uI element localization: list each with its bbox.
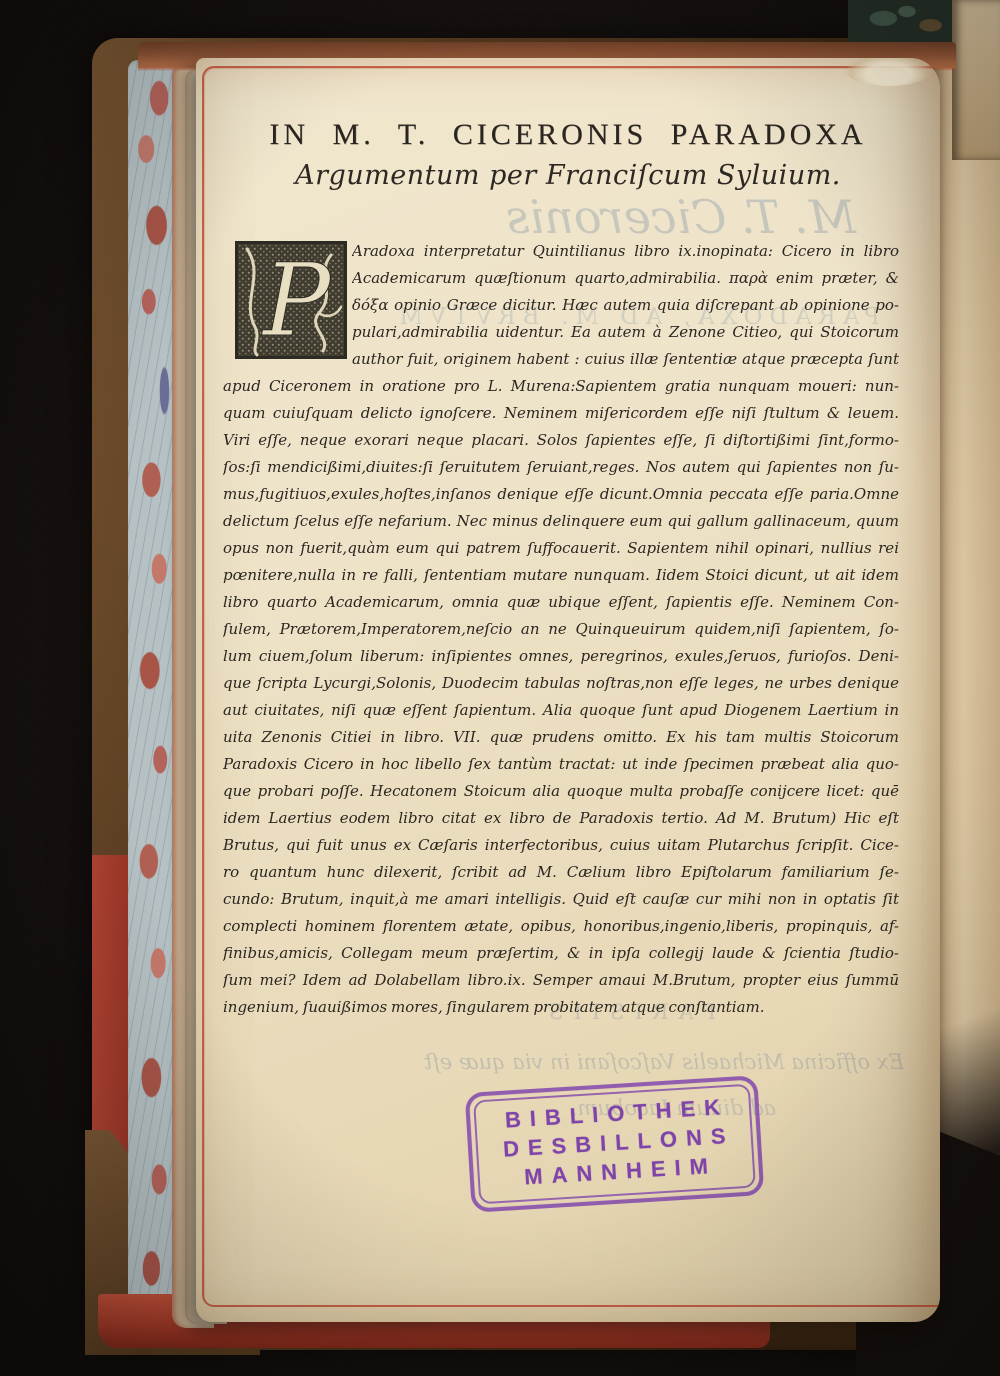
body-line: ſum mei? Idem ad Dolabellam libro.ix. Se… xyxy=(223,967,899,994)
page-subtitle: Argumentum per Franciſcum Syluium. xyxy=(196,160,940,191)
body-text: P Aradoxa interpretatur Quintilianus lib… xyxy=(223,238,899,1021)
drop-cap-p-icon: P xyxy=(235,241,347,359)
bleed-through-imprint-line: Ex officina Michaelis Vaſcoſani in via q… xyxy=(464,1050,904,1074)
library-stamp: BIBLIOTHEK DESBILLONS MANNHEIM xyxy=(465,1075,765,1213)
body-line: opus non fuerit,quàm eum qui patrem ſuff… xyxy=(223,535,899,562)
body-line: ſos:ſi mendicißimi,diuites:ſi ſeruitutem… xyxy=(223,454,899,481)
binding-board-right xyxy=(952,0,1000,160)
body-line: Viri eſſe, neque exorari neque placari. … xyxy=(223,427,899,454)
body-line: finibus,amicis, Collegam meum præſertim,… xyxy=(223,940,899,967)
body-line: author fuit, originem habent : cuius ill… xyxy=(352,346,899,373)
body-line: ro quantum hunc dilexerit, ſcribit ad M.… xyxy=(223,859,899,886)
body-line: Aradoxa interpretatur Quintilianus libro… xyxy=(352,238,899,265)
body-line: δόξα opinio Græce dicitur. Hæc autem qui… xyxy=(352,292,899,319)
body-line: apud Ciceronem in oratione pro L. Murena… xyxy=(223,373,899,400)
body-line: quam cuiuſquam delicto ignoſcere. Nemine… xyxy=(223,400,899,427)
body-line: pulari,admirabilia uidentur. Ea autem à … xyxy=(352,319,899,346)
body-line: uita Zenonis Citiei in libro. VII. quæ p… xyxy=(223,724,899,751)
woodcut-initial: P xyxy=(223,238,352,371)
body-line: complecti hominem florentem ætate, opibu… xyxy=(223,913,899,940)
body-line: que probari poſſe. Hecatonem Stoicum ali… xyxy=(223,778,899,805)
body-line: ſulem, Prætorem,Imperatorem,neſcio an ne… xyxy=(223,616,899,643)
body-line: cundo: Brutum, inquit,à me amari intelli… xyxy=(223,886,899,913)
page-curl-highlight xyxy=(844,58,934,86)
bleed-through-title: M. T. Ciceronis xyxy=(441,190,921,244)
body-line: idem Laertius eodem libro citat ex libro… xyxy=(223,805,899,832)
photograph-background: { "document": { "title": "IN M. T. CICER… xyxy=(0,0,1000,1376)
body-line: aut ciuitates, niſi quæ eſſent ſapientum… xyxy=(223,697,899,724)
body-line: Brutus, qui fuit unus ex Cæſaris interfe… xyxy=(223,832,899,859)
headband-top-right xyxy=(848,0,966,46)
body-line: delictum ſcelus eſſe nefarium. Nec minus… xyxy=(223,508,899,535)
page-title: IN M. T. CICERONIS PARADOXA xyxy=(196,118,940,152)
body-line: ingenium, ſuauißimos mores, ſingularem p… xyxy=(223,994,899,1021)
library-stamp-inner-border: BIBLIOTHEK DESBILLONS MANNHEIM xyxy=(473,1084,756,1205)
body-line: libro quarto Academicarum, omnia quæ ubi… xyxy=(223,589,899,616)
body-line: pœnitere,nulla in re falli, ſententiam m… xyxy=(223,562,899,589)
body-line: que ſcripta Lycurgi,Solonis, Duodecim ta… xyxy=(223,670,899,697)
svg-text:P: P xyxy=(261,242,332,359)
body-line: Academicarum quæſtionum quarto,admirabil… xyxy=(352,265,899,292)
book-page: M. T. Ciceronis PARADOXA, AD M. BRVTVM P… xyxy=(196,58,940,1322)
body-line: Paradoxis Cicero in hoc libello ſex tant… xyxy=(223,751,899,778)
body-line: mus,fugitiuos,exules,hoſtes,inſanos deni… xyxy=(223,481,899,508)
body-line: lum ciuem,ſolum liberum: inſipientes omn… xyxy=(223,643,899,670)
